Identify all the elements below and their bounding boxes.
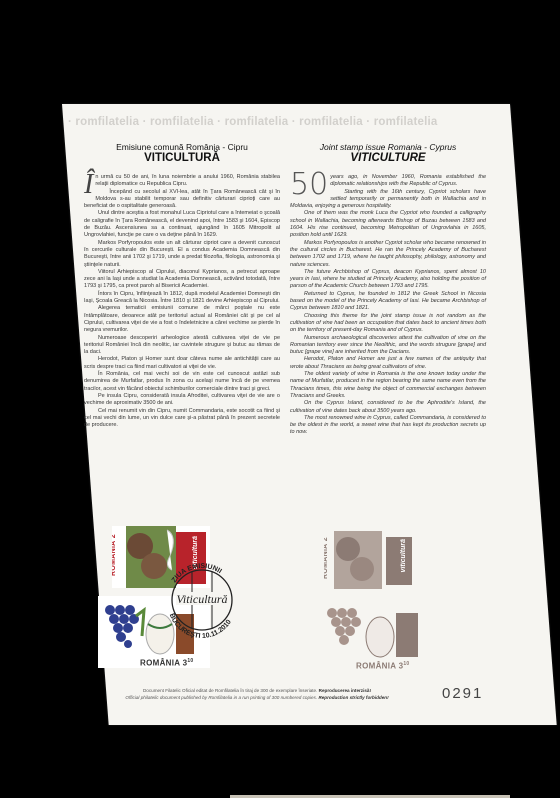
document-footer: Document Filatelic Oficial editat de Rom… [102, 687, 412, 701]
paragraph: Returned to Cyprus, he founded in 1812 t… [290, 291, 486, 313]
stamp-label: viticultură [400, 539, 407, 572]
romfilatelia-watermark: · romfilatelia · romfilatelia · romfilat… [68, 116, 504, 128]
romanian-title: VITICULTURĂ [84, 153, 280, 164]
svg-text:Viticultură: Viticultură [176, 592, 227, 606]
paragraph: Markos Porfyropoulos is another Cypriot … [290, 240, 486, 269]
english-column: Joint stamp issue Romania - Cyprus VITIC… [290, 142, 486, 437]
stamp-barrels-proof: ROMÂNIA 2 viticultură [324, 529, 416, 591]
paragraph: Începând cu secolul al XVI-lea, atât în … [84, 189, 280, 211]
paragraph: years ago, in November 1960, Romania est… [330, 174, 486, 187]
paragraph: Viitorul Arhiepiscop al Ciprului, diacon… [84, 269, 280, 291]
philatelic-document-sheet: · romfilatelia · romfilatelia · romfilat… [62, 104, 557, 725]
postmark-stamp-icon: ZIUA EMISIUNII BUCUREŞTI 10.11.2010 Viti… [156, 554, 248, 646]
paragraph: În România, cel mai vechi soi de vin est… [84, 371, 280, 393]
drop-cap: Î [84, 174, 93, 196]
paragraph: The most renowned wine in Cyprus, called… [290, 415, 486, 437]
paragraph: Choosing this theme for the joint stamp … [290, 313, 486, 335]
english-text: 50years ago, in November 1960, Romania e… [290, 174, 486, 437]
paragraph: Pe insula Cipru, considerată insula Afro… [84, 393, 280, 408]
footer-en-text: Official philatelic document published b… [125, 695, 317, 700]
paragraph: One of them was the monk Luca the Cyprio… [290, 210, 486, 239]
romanian-text: În urmă cu 50 de ani, în luna noiembrie … [84, 174, 280, 429]
english-heading: Joint stamp issue Romania - Cyprus VITIC… [290, 142, 486, 164]
drop-number: 50 [290, 174, 328, 196]
stamp-country: ROMÂNIA 2 [324, 537, 329, 579]
romanian-column: Emisiune comună România - Cipru VITICULT… [84, 142, 280, 429]
paragraph: Întors în Cipru, înfiinţează în 1812, du… [84, 291, 280, 306]
footer-ro-text: Document Filatelic Oficial editat de Rom… [143, 688, 317, 693]
paragraph: n urmă cu 50 de ani, în luna noiembrie a… [95, 174, 280, 187]
grapes-jug-proof-illustration [320, 599, 424, 661]
paragraph: The future Archbishop of Cyprus, deacon … [290, 269, 486, 291]
serial-number: 0291 [442, 685, 483, 702]
paragraph: Numeroase descoperiri arheologice atestă… [84, 335, 280, 357]
first-day-postmark: ZIUA EMISIUNII BUCUREŞTI 10.11.2010 Viti… [156, 554, 248, 646]
stamp-country: ROMÂNIA 310 [140, 658, 193, 668]
stamp-country: ROMÂNIA 2 [112, 534, 117, 576]
paragraph: Alegerea tematicii emisiunii comune de m… [84, 305, 280, 334]
footer-en-warning: Reproduction strictly forbidden! [318, 695, 388, 700]
footer-ro-warning: Reproducerea interzisă! [319, 688, 371, 693]
paragraph: The oldest variety of wine in Romania is… [290, 371, 486, 400]
paragraph: Unul dintre aceştia a fost monahul Luca … [84, 210, 280, 239]
stamp-country: ROMÂNIA 310 [356, 661, 409, 671]
paragraph: Herodot, Platon and Homer are just a few… [290, 356, 486, 371]
paragraph: Numerous archaeological discoveries atte… [290, 335, 486, 357]
paragraph: Cel mai renumit vin din Cipru, numit Com… [84, 408, 280, 430]
stamp-grapes-proof: ROMÂNIA 310 [320, 599, 424, 671]
paragraph: Markos Porfyropoulos este un alt cărtura… [84, 240, 280, 269]
paragraph: On the Cyprus Island, considered to be t… [290, 400, 486, 415]
english-title: VITICULTURE [290, 153, 486, 164]
paragraph: Herodot, Platon şi Homer sunt doar câtev… [84, 356, 280, 371]
romanian-heading: Emisiune comună România - Cipru VITICULT… [84, 142, 280, 164]
